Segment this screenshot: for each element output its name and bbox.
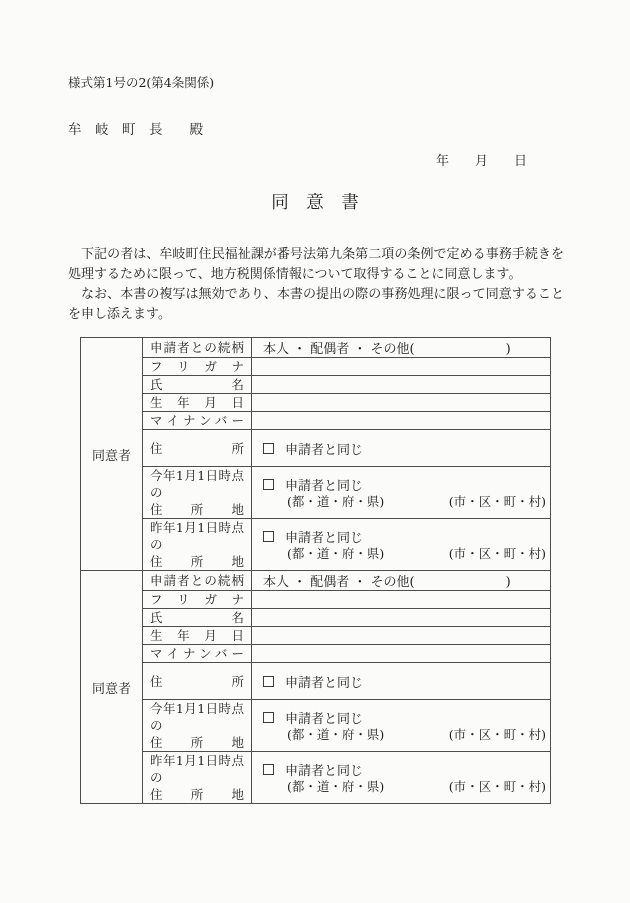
label-line-2: 住 所 地 — [150, 786, 244, 803]
address-last-year-field: 申請者と同じ (都・道・府・県) (市・区・町・村) — [252, 519, 551, 571]
consenter-section-2: 同意者 申請者との続柄 本人 ・ 配偶者 ・ その他( ) フ リ ガ ナ 氏 … — [81, 571, 551, 804]
furigana-label: フ リ ガ ナ — [143, 591, 252, 609]
table-row: 生 年 月 日 — [81, 394, 551, 412]
label-line-1: 昨年1月1日時点の — [150, 752, 244, 786]
consent-paragraph-2: なお、本書の複写は無効であり、本書の提出の際の事務処理に限って同意することを申し… — [68, 285, 564, 325]
prefecture-options: (都・道・府・県) — [287, 544, 384, 562]
prefecture-options: (都・道・府・県) — [287, 777, 384, 795]
label-line-2: 住 所 地 — [150, 501, 244, 518]
checkbox-label: 申請者と同じ — [285, 439, 363, 458]
address-this-year-label: 今年1月1日時点の 住 所 地 — [143, 700, 252, 752]
table-row: 住 所 申請者と同じ — [81, 663, 551, 700]
checkbox-label: 申請者と同じ — [285, 527, 363, 546]
furigana-field — [252, 358, 551, 376]
address-last-year-label: 昨年1月1日時点の 住 所 地 — [143, 752, 252, 804]
table-row: 昨年1月1日時点の 住 所 地 申請者と同じ (都・道・府・県) (市・区・町・… — [81, 519, 551, 571]
relationship-label: 申請者との続柄 — [143, 338, 252, 358]
birthdate-field — [252, 627, 551, 645]
birthdate-label: 生 年 月 日 — [143, 394, 252, 412]
mynumber-label: マイナンバー — [143, 645, 252, 663]
mynumber-field — [252, 412, 551, 430]
table-row: 今年1月1日時点の 住 所 地 申請者と同じ (都・道・府・県) (市・区・町・… — [81, 700, 551, 752]
checkbox-label: 申請者と同じ — [285, 708, 363, 727]
mynumber-label: マイナンバー — [143, 412, 252, 430]
address-last-year-label: 昨年1月1日時点の 住 所 地 — [143, 519, 252, 571]
address-field: 申請者と同じ — [252, 430, 551, 467]
birthdate-field — [252, 394, 551, 412]
table-row: 昨年1月1日時点の 住 所 地 申請者と同じ (都・道・府・県) (市・区・町・… — [81, 752, 551, 804]
name-field — [252, 376, 551, 394]
checkbox-label: 申請者と同じ — [285, 475, 363, 494]
prefecture-options: (都・道・府・県) — [287, 725, 384, 743]
table-row: 氏 名 — [81, 376, 551, 394]
same-as-applicant-checkbox — [263, 764, 274, 775]
same-as-applicant-checkbox — [263, 712, 274, 723]
municipality-options: (市・区・町・村) — [449, 492, 546, 510]
municipality-options: (市・区・町・村) — [449, 725, 546, 743]
municipality-options: (市・区・町・村) — [449, 544, 546, 562]
label-line-1: 今年1月1日時点の — [150, 700, 244, 734]
table-row: 同意者 申請者との続柄 本人 ・ 配偶者 ・ その他( ) — [81, 338, 551, 358]
table-row: マイナンバー — [81, 645, 551, 663]
same-as-applicant-checkbox — [263, 443, 274, 454]
relationship-label: 申請者との続柄 — [143, 571, 252, 591]
name-label: 氏 名 — [143, 376, 252, 394]
consenter-section-1: 同意者 申請者との続柄 本人 ・ 配偶者 ・ その他( ) フ リ ガ ナ 氏 … — [81, 338, 551, 571]
same-as-applicant-checkbox — [263, 531, 274, 542]
consenter-group-label: 同意者 — [81, 571, 143, 804]
label-line-2: 住 所 地 — [150, 734, 244, 751]
furigana-label: フ リ ガ ナ — [143, 358, 252, 376]
same-as-applicant-checkbox — [263, 676, 274, 687]
address-this-year-label: 今年1月1日時点の 住 所 地 — [143, 467, 252, 519]
name-label: 氏 名 — [143, 609, 252, 627]
address-this-year-field: 申請者と同じ (都・道・府・県) (市・区・町・村) — [252, 467, 551, 519]
form-number-label: 様式第1号の2(第4条関係) — [68, 76, 630, 90]
label-line-1: 昨年1月1日時点の — [150, 519, 244, 553]
date-line: 年 月 日 — [0, 154, 630, 169]
table-row: 生 年 月 日 — [81, 627, 551, 645]
consent-table: 同意者 申請者との続柄 本人 ・ 配偶者 ・ その他( ) フ リ ガ ナ 氏 … — [80, 337, 551, 804]
address-field: 申請者と同じ — [252, 663, 551, 700]
table-row: マイナンバー — [81, 412, 551, 430]
checkbox-label: 申請者と同じ — [285, 760, 363, 779]
municipality-options: (市・区・町・村) — [449, 777, 546, 795]
address-this-year-field: 申請者と同じ (都・道・府・県) (市・区・町・村) — [252, 700, 551, 752]
address-label: 住 所 — [143, 430, 252, 467]
table-row: フ リ ガ ナ — [81, 358, 551, 376]
consenter-group-label: 同意者 — [81, 338, 143, 571]
table-row: 氏 名 — [81, 609, 551, 627]
same-as-applicant-checkbox — [263, 479, 274, 490]
address-label: 住 所 — [143, 663, 252, 700]
label-line-1: 今年1月1日時点の — [150, 467, 244, 501]
mynumber-field — [252, 645, 551, 663]
consent-body-text: 下記の者は、牟岐町住民福祉課が番号法第九条第二項の条例で定める事務手続きを処理す… — [68, 245, 564, 325]
consent-paragraph-1: 下記の者は、牟岐町住民福祉課が番号法第九条第二項の条例で定める事務手続きを処理す… — [68, 245, 564, 285]
relationship-options: 本人 ・ 配偶者 ・ その他( ) — [252, 571, 551, 591]
checkbox-label: 申請者と同じ — [285, 672, 363, 691]
document-page: 様式第1号の2(第4条関係) 牟 岐 町 長 殿 年 月 日 同 意 書 下記の… — [0, 0, 630, 903]
table-row: 住 所 申請者と同じ — [81, 430, 551, 467]
prefecture-options: (都・道・府・県) — [287, 492, 384, 510]
birthdate-label: 生 年 月 日 — [143, 627, 252, 645]
table-row: 同意者 申請者との続柄 本人 ・ 配偶者 ・ その他( ) — [81, 571, 551, 591]
furigana-field — [252, 591, 551, 609]
label-line-2: 住 所 地 — [150, 553, 244, 570]
table-row: 今年1月1日時点の 住 所 地 申請者と同じ (都・道・府・県) (市・区・町・… — [81, 467, 551, 519]
addressee-label: 牟 岐 町 長 殿 — [68, 123, 630, 138]
relationship-options: 本人 ・ 配偶者 ・ その他( ) — [252, 338, 551, 358]
document-title: 同 意 書 — [0, 194, 630, 213]
address-last-year-field: 申請者と同じ (都・道・府・県) (市・区・町・村) — [252, 752, 551, 804]
name-field — [252, 609, 551, 627]
table-row: フ リ ガ ナ — [81, 591, 551, 609]
